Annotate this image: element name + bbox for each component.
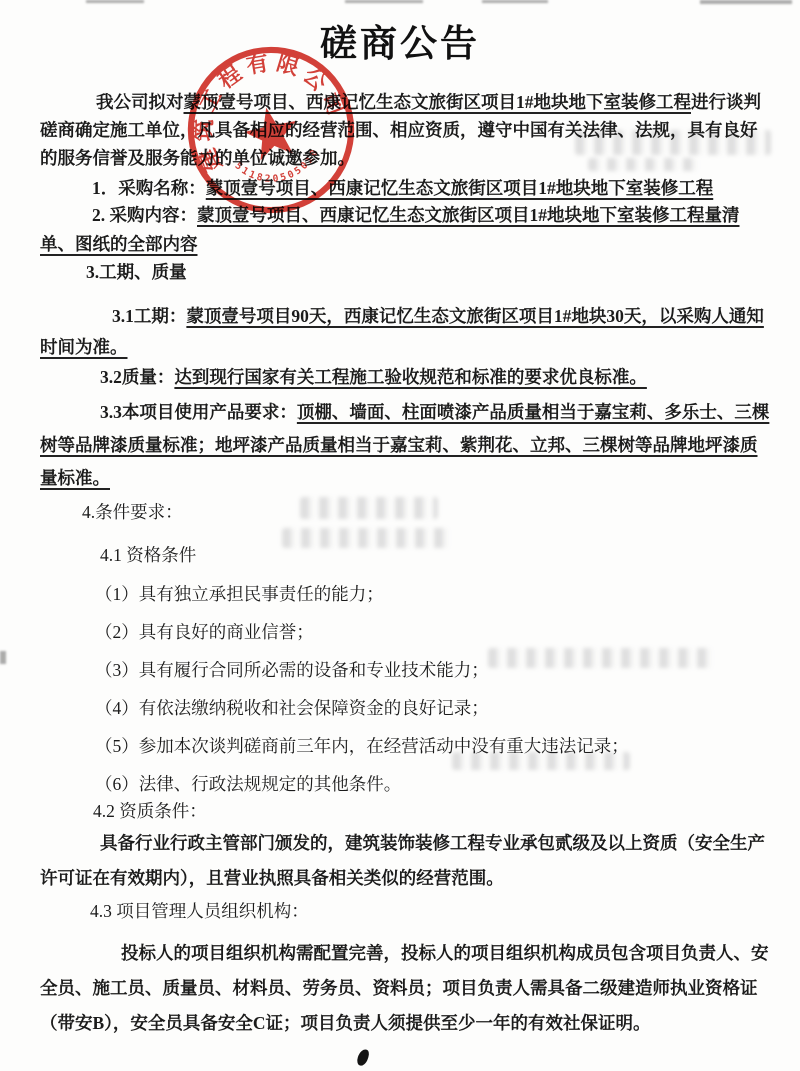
section-4-3-body: 投标人的项目组织机构需配置完善，投标人的项目组织机构成员包含项目负责人、安全员、… — [40, 936, 770, 1041]
item-3-3-label: 3.3本项目使用产品要求： — [100, 402, 297, 422]
section-4-1-heading: 4.1 资格条件 — [40, 541, 770, 569]
condition-6: （6）法律、行政法规规定的其他条件。 — [40, 770, 770, 798]
scan-noise-mark — [86, 0, 144, 3]
condition-5: （5）参加本次谈判磋商前三年内，在经营活动中没有重大违法记录； — [40, 732, 770, 760]
condition-1: （1）具有独立承担民事责任的能力； — [40, 580, 770, 608]
item-3-2-label: 3.2质量： — [100, 367, 174, 387]
scan-noise-mark — [0, 651, 6, 664]
section-4-2-heading: 4.2 资质条件： — [40, 797, 770, 825]
item-2-label: 2. 采购内容： — [92, 205, 197, 225]
section-3-heading: 3.工期、质量 — [40, 258, 770, 286]
condition-2: （2）具有良好的商业信誉； — [40, 618, 770, 646]
item-3-1-duration: 3.1工期：蒙顶壹号项目90天，西康记忆生态文旅街区项目1#地块30天，以采购人… — [40, 301, 770, 363]
scan-noise-mark — [700, 0, 792, 4]
scan-noise-mark — [482, 0, 548, 3]
item-3-3-product-requirements: 3.3本项目使用产品要求：顶棚、墙面、柱面喷漆产品质量相当于嘉宝莉、多乐士、三棵… — [40, 396, 770, 495]
item-3-1-label: 3.1工期： — [112, 306, 186, 326]
item-1-value-underlined: 蒙顶壹号项目、西康记忆生态文旅街区项目1#地块地下室装修工程 — [206, 178, 714, 198]
intro-project-name-underlined: 蒙顶壹号项目、西康记忆生态文旅街区项目1#地块地下室装修工程 — [184, 92, 692, 112]
scanned-announcement-page: 磋商公告 我公司拟对蒙顶壹号项目、西康记忆生态文旅街区项目1#地块地下室装修工程… — [0, 0, 800, 1071]
intro-paragraph: 我公司拟对蒙顶壹号项目、西康记忆生态文旅街区项目1#地块地下室装修工程进行谈判磋… — [40, 88, 770, 172]
page-title: 磋商公告 — [0, 13, 800, 67]
cutoff-ink-mark — [356, 1048, 371, 1067]
item-3-2-quality: 3.2质量：达到现行国家有关工程施工验收规范和标准的要求优良标准。 — [40, 363, 770, 391]
condition-4: （4）有依法缴纳税收和社会保障资金的良好记录； — [40, 694, 770, 722]
section-4-3-heading: 4.3 项目管理人员组织机构： — [40, 897, 770, 925]
scan-noise-mark — [345, 0, 423, 3]
condition-3: （3）具有履行合同所必需的设备和专业技术能力； — [40, 656, 770, 684]
item-1-label: 1．采购名称： — [92, 178, 206, 198]
section-4-2-body: 具备行业行政主管部门颁发的，建筑装饰装修工程专业承包贰级及以上资质（安全生产许可… — [40, 826, 770, 896]
section-4-heading: 4.条件要求： — [40, 498, 770, 526]
intro-text-prefix: 我公司拟对 — [96, 92, 184, 112]
item-2-procurement-content: 2. 采购内容：蒙顶壹号项目、西康记忆生态文旅街区项目1#地块地下室装修工程量清… — [40, 201, 770, 259]
item-1-procurement-name: 1．采购名称：蒙顶壹号项目、西康记忆生态文旅街区项目1#地块地下室装修工程 — [40, 174, 770, 202]
item-3-2-value-underlined: 达到现行国家有关工程施工验收规范和标准的要求优良标准。 — [174, 367, 647, 387]
